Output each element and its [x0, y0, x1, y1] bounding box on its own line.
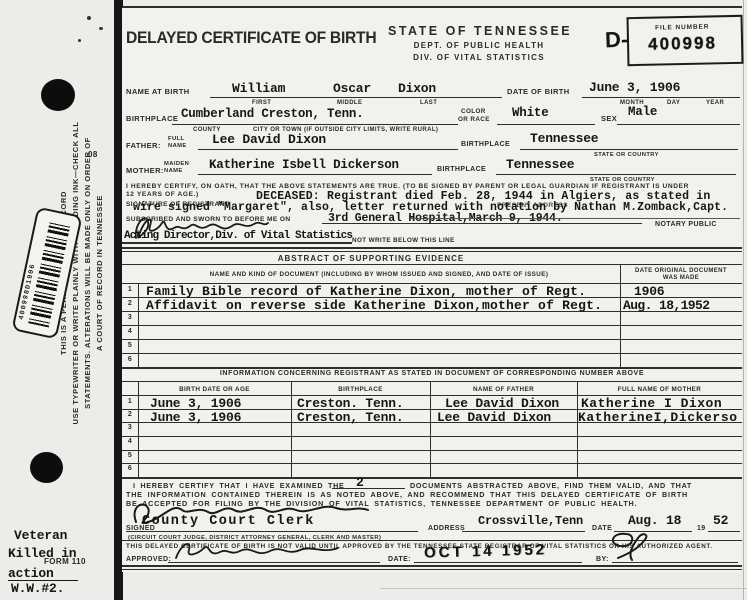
- mother-birthplace-label: BIRTHPLACE: [437, 166, 486, 173]
- mother-label: MOTHER:: [126, 166, 164, 175]
- abstract-doc-column-header: NAME AND KIND OF DOCUMENT (INCLUDING BY …: [140, 271, 618, 278]
- year-underline: [708, 531, 740, 532]
- abstract-date-divider: [620, 264, 621, 367]
- info-row-father: Lee David Dixon: [445, 396, 559, 411]
- birthplace-value: Cumberland Creston, Tenn.: [181, 107, 364, 121]
- file-number-stamp: 400998: [629, 33, 736, 55]
- father-birthplace-value: Tennessee: [530, 131, 598, 146]
- name-middle-value: Oscar: [333, 81, 371, 96]
- abstract-row-number: 2: [122, 300, 138, 307]
- father-name-underline: [198, 149, 458, 150]
- margin-instruction-line: A COURT OF RECORD IN TENNESSEE: [94, 54, 106, 492]
- father-label: FATHER:: [126, 141, 161, 150]
- director-strike-line: [122, 242, 352, 244]
- abstract-bottom-border: [122, 367, 742, 369]
- form-bottom-border: [122, 565, 742, 567]
- father-birthplace-underline: [520, 149, 738, 150]
- father-birthplace-label: BIRTHPLACE: [461, 141, 510, 148]
- veteran-note-line: action: [8, 566, 54, 581]
- info-col-birthplace-header: BIRTHPLACE: [291, 386, 430, 393]
- info-row-father: Lee David Dixon: [437, 410, 551, 425]
- abstract-title: ABSTRACT OF SUPPORTING EVIDENCE: [122, 254, 620, 263]
- approval-date-label: DATE:: [388, 556, 411, 563]
- address-label: ADDRESS: [428, 525, 465, 532]
- last-sublabel: LAST: [420, 100, 437, 106]
- scan-speck: [87, 16, 91, 20]
- scan-speck: [99, 27, 103, 30]
- info-row-mother: KatherineI,Dickerso: [578, 410, 738, 425]
- clerk-title-typed: County Court Clerk: [142, 514, 315, 529]
- abstract-row-doc: Affidavit on reverse side Katherine Dixo…: [146, 298, 602, 313]
- form-title: DELAYED CERTIFICATE OF BIRTH: [126, 28, 376, 48]
- first-sublabel: FIRST: [252, 100, 271, 106]
- abstract-date-column-header-2: WAS MADE: [621, 275, 741, 281]
- date-of-birth-label: DATE OF BIRTH: [507, 87, 570, 96]
- section-divider: [122, 247, 742, 249]
- acting-director-typed-title: Acting Director,Div. of Vital Statistics: [124, 230, 352, 242]
- certify-line-1b: DOCUMENTS ABSTRACTED ABOVE, FIND THEM VA…: [410, 481, 692, 490]
- scan-paper-edge: [743, 0, 744, 600]
- mother-maidenname-sublabel-2: NAME: [164, 168, 183, 174]
- info-col-birthdate-header: BIRTH DATE OR AGE: [138, 386, 291, 393]
- certify-count-underline: [332, 488, 405, 489]
- abstract-row-line: [122, 325, 742, 326]
- info-row-birthplace: Creston, Tenn.: [297, 410, 403, 425]
- name-underline: [210, 97, 502, 98]
- abstract-row-date: Aug. 18,1952: [623, 298, 709, 313]
- notary-public-label: NOTARY PUBLIC: [655, 221, 717, 228]
- file-number-box: FILE NUMBER 400998: [626, 15, 743, 66]
- state-country-sublabel: STATE OR COUNTRY: [594, 152, 659, 158]
- abstract-row-number: 6: [122, 356, 138, 363]
- name-at-birth-label: NAME AT BIRTH: [126, 87, 190, 96]
- abstract-row-number: 5: [122, 342, 138, 349]
- sex-underline: [617, 124, 740, 125]
- sworn-underline: [322, 223, 642, 224]
- info-bottom-border: [122, 477, 742, 479]
- birthplace-underline: [172, 124, 458, 125]
- state-title: STATE OF TENNESSEE: [388, 24, 570, 38]
- name-first-value: William: [232, 81, 285, 96]
- by-initials-signature: [598, 530, 653, 562]
- by-underline: [612, 562, 738, 563]
- info-row-number: 5: [122, 452, 138, 459]
- veteran-note-line: Veteran: [14, 528, 67, 543]
- abstract-row-number: 1: [122, 286, 138, 293]
- dob-underline: [582, 97, 740, 98]
- abstract-row-number: 4: [122, 328, 138, 335]
- birthplace-label: BIRTHPLACE: [126, 114, 178, 123]
- abstract-row-line: [122, 353, 742, 354]
- day-sublabel: DAY: [667, 100, 680, 106]
- info-row-number: 4: [122, 438, 138, 445]
- oath-text-line-2: 12 YEARS OF AGE.): [126, 191, 199, 198]
- approval-date-underline: [414, 562, 582, 563]
- color-race-label-2: OR RACE: [458, 116, 490, 123]
- color-race-value: White: [512, 106, 549, 120]
- middle-sublabel: MIDDLE: [337, 100, 362, 106]
- info-title: INFORMATION CONCERNING REGISTRANT AS STA…: [122, 370, 742, 377]
- abstract-row-number: 3: [122, 314, 138, 321]
- info-row-birthplace: Creston. Tenn.: [297, 396, 403, 411]
- margin-mark: 08: [88, 150, 98, 159]
- file-number-label: FILE NUMBER: [629, 23, 736, 32]
- color-underline: [497, 124, 595, 125]
- info-row-mother: Katherine I Dixon: [581, 396, 722, 411]
- margin-instruction-line: USE TYPEWRITER OR WRITE PLAINLY WITH UNF…: [70, 54, 82, 492]
- do-not-write-label: NOT WRITE BELOW THIS LINE: [352, 237, 455, 244]
- year-prefix-label: 19: [697, 525, 706, 532]
- signed-underline: [126, 531, 418, 532]
- mother-birthplace-underline: [496, 174, 736, 175]
- info-row-number: 3: [122, 424, 138, 431]
- info-col-father-header: NAME OF FATHER: [430, 386, 577, 393]
- approved-label: APPROVED:: [126, 556, 171, 563]
- oath-text-line-1: I HEREBY CERTIFY, ON OATH, THAT THE ABOV…: [126, 183, 689, 190]
- info-row-number: 1: [122, 398, 138, 405]
- abstract-title-border: [122, 264, 742, 265]
- form-bottom-border-2: [122, 569, 742, 570]
- year-value: 52: [713, 513, 728, 528]
- mother-name-underline: [198, 174, 432, 175]
- scan-speck: [78, 39, 81, 42]
- notary-underline: [410, 218, 740, 219]
- info-title-border: [122, 381, 742, 382]
- info-row-line: [122, 436, 742, 437]
- info-row-birthdate: June 3, 1906: [150, 410, 241, 425]
- sex-value: Male: [628, 105, 657, 119]
- address-value: Crossville,Tenn: [478, 514, 583, 528]
- section-divider-2: [122, 251, 742, 252]
- date-value: Aug. 18: [628, 513, 681, 528]
- veteran-note-line: W.W.#2.: [11, 581, 64, 596]
- info-row-line: [122, 450, 742, 451]
- mother-name-value: Katherine Isbell Dickerson: [209, 158, 399, 172]
- info-row-number: 6: [122, 465, 138, 472]
- info-row-birthdate: June 3, 1906: [150, 396, 241, 411]
- info-col-mother-header: FULL NAME OF MOTHER: [577, 386, 742, 393]
- division-subtitle: DIV. OF VITAL STATISTICS: [388, 53, 570, 62]
- margin-instruction-line: STATEMENTS. ALTERATIONS WILL BE MADE ONL…: [82, 54, 94, 492]
- scanned-birth-certificate: THIS IS A PERMANENT LEGAL RECORD USE TYP…: [0, 0, 747, 600]
- mother-maidenname-sublabel-1: MAIDEN: [164, 161, 189, 167]
- approved-signature: [172, 538, 342, 564]
- date-of-birth-value: June 3, 1906: [589, 80, 680, 95]
- file-number-prefix-stamp: D-: [605, 27, 629, 54]
- father-name-value: Lee David Dixon: [212, 132, 326, 147]
- certify-line-1a: I HEREBY CERTIFY THAT I HAVE EXAMINED TH…: [133, 481, 345, 490]
- name-last-value: Dixon: [398, 81, 436, 96]
- scan-shadow-line: [380, 588, 747, 589]
- abstract-row-line: [122, 339, 742, 340]
- abstract-row-doc: Family Bible record of Katherine Dixon, …: [146, 284, 586, 299]
- sex-label: SEX: [601, 114, 617, 123]
- father-fullname-sublabel-2: NAME: [168, 143, 187, 149]
- info-row-number: 2: [122, 411, 138, 418]
- year-sublabel: YEAR: [706, 100, 724, 106]
- address-underline: [462, 531, 585, 532]
- info-row-line: [122, 463, 742, 464]
- approval-date-stamp: OCT 14 1952: [424, 541, 547, 561]
- color-race-label-1: COLOR: [461, 108, 486, 115]
- father-fullname-sublabel-1: FULL: [168, 136, 184, 142]
- dept-subtitle: DEPT. OF PUBLIC HEALTH: [388, 41, 570, 50]
- abstract-date-column-header-1: DATE ORIGINAL DOCUMENT: [621, 268, 741, 274]
- mother-birthplace-value: Tennessee: [506, 157, 574, 172]
- form-number-label: FORM 110: [44, 557, 86, 566]
- abstract-row-date: 1906: [634, 284, 664, 299]
